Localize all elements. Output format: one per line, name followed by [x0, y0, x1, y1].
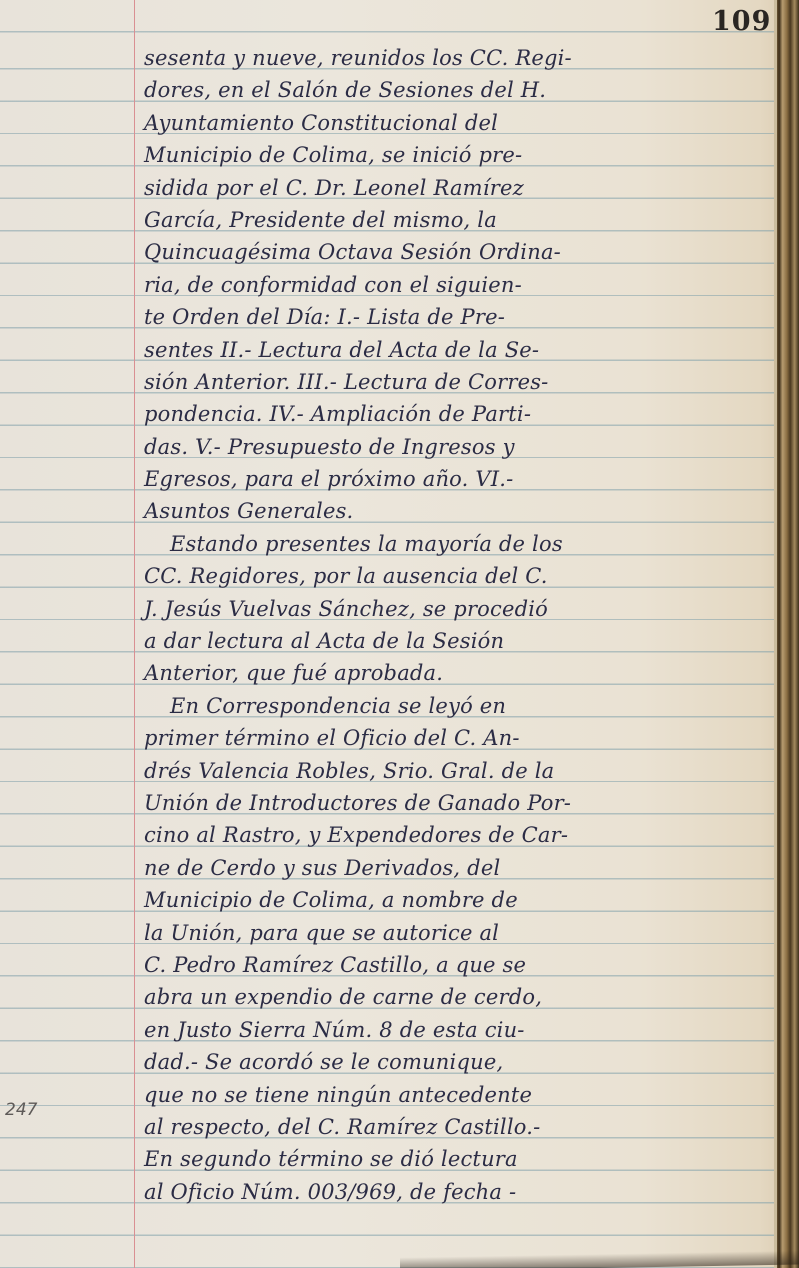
text-line: cino al Rastro, y Expendedores de Car-	[144, 819, 772, 851]
text-line: sesenta y nueve, reunidos los CC. Regi-	[144, 42, 772, 74]
text-line: al respecto, del C. Ramírez Castillo.-	[144, 1111, 772, 1143]
text-line: primer término el Oficio del C. An-	[144, 722, 772, 754]
text-line: sidida por el C. Dr. Leonel Ramírez	[144, 172, 772, 204]
text-line: abra un expendio de carne de cerdo,	[144, 981, 772, 1013]
text-line: dad.- Se acordó se le comunique,	[144, 1046, 772, 1078]
text-line: Estando presentes la mayoría de los	[144, 528, 772, 560]
margin-note: 247	[5, 1100, 37, 1120]
text-line: En Correspondencia se leyó en	[144, 690, 772, 722]
text-line: Anterior, que fué aprobada.	[144, 657, 772, 689]
text-line: sión Anterior. III.- Lectura de Corres-	[144, 366, 772, 398]
text-line: En segundo término se dió lectura	[144, 1143, 772, 1175]
text-line: Asuntos Generales.	[144, 495, 772, 527]
text-line: Municipio de Colima, a nombre de	[144, 884, 772, 916]
text-line: pondencia. IV.- Ampliación de Parti-	[144, 398, 772, 430]
text-line: la Unión, para que se autorice al	[144, 917, 772, 949]
text-line: dores, en el Salón de Sesiones del H.	[144, 74, 772, 106]
text-line: ria, de conformidad con el siguien-	[144, 269, 772, 301]
text-line: que no se tiene ningún antecedente	[144, 1079, 772, 1111]
text-line: Egresos, para el próximo año. VI.-	[144, 463, 772, 495]
text-line: a dar lectura al Acta de la Sesión	[144, 625, 772, 657]
text-line: sentes II.- Lectura del Acta de la Se-	[144, 334, 772, 366]
text-line: ne de Cerdo y sus Derivados, del	[144, 852, 772, 884]
text-line: CC. Regidores, por la ausencia del C.	[144, 560, 772, 592]
text-line: das. V.- Presupuesto de Ingresos y	[144, 431, 772, 463]
text-line: Ayuntamiento Constitucional del	[144, 107, 772, 139]
text-line: J. Jesús Vuelvas Sánchez, se procedió	[144, 593, 772, 625]
red-margin-line	[134, 0, 135, 1268]
text-line: Municipio de Colima, se inició pre-	[144, 139, 772, 171]
text-line: te Orden del Día: I.- Lista de Pre-	[144, 301, 772, 333]
text-line: C. Pedro Ramírez Castillo, a que se	[144, 949, 772, 981]
text-line: Quincuagésima Octava Sesión Ordina-	[144, 236, 772, 268]
page-number: 109	[712, 6, 771, 37]
text-line: Unión de Introductores de Ganado Por-	[144, 787, 772, 819]
book-binding	[777, 0, 799, 1268]
text-line: en Justo Sierra Núm. 8 de esta ciu-	[144, 1014, 772, 1046]
text-line: drés Valencia Robles, Srio. Gral. de la	[144, 755, 772, 787]
ledger-page: 109 247 sesenta y nueve, reunidos los CC…	[0, 0, 799, 1268]
text-line: García, Presidente del mismo, la	[144, 204, 772, 236]
text-line: al Oficio Núm. 003/969, de fecha -	[144, 1176, 772, 1208]
handwritten-text-block: sesenta y nueve, reunidos los CC. Regi-d…	[144, 42, 772, 1208]
